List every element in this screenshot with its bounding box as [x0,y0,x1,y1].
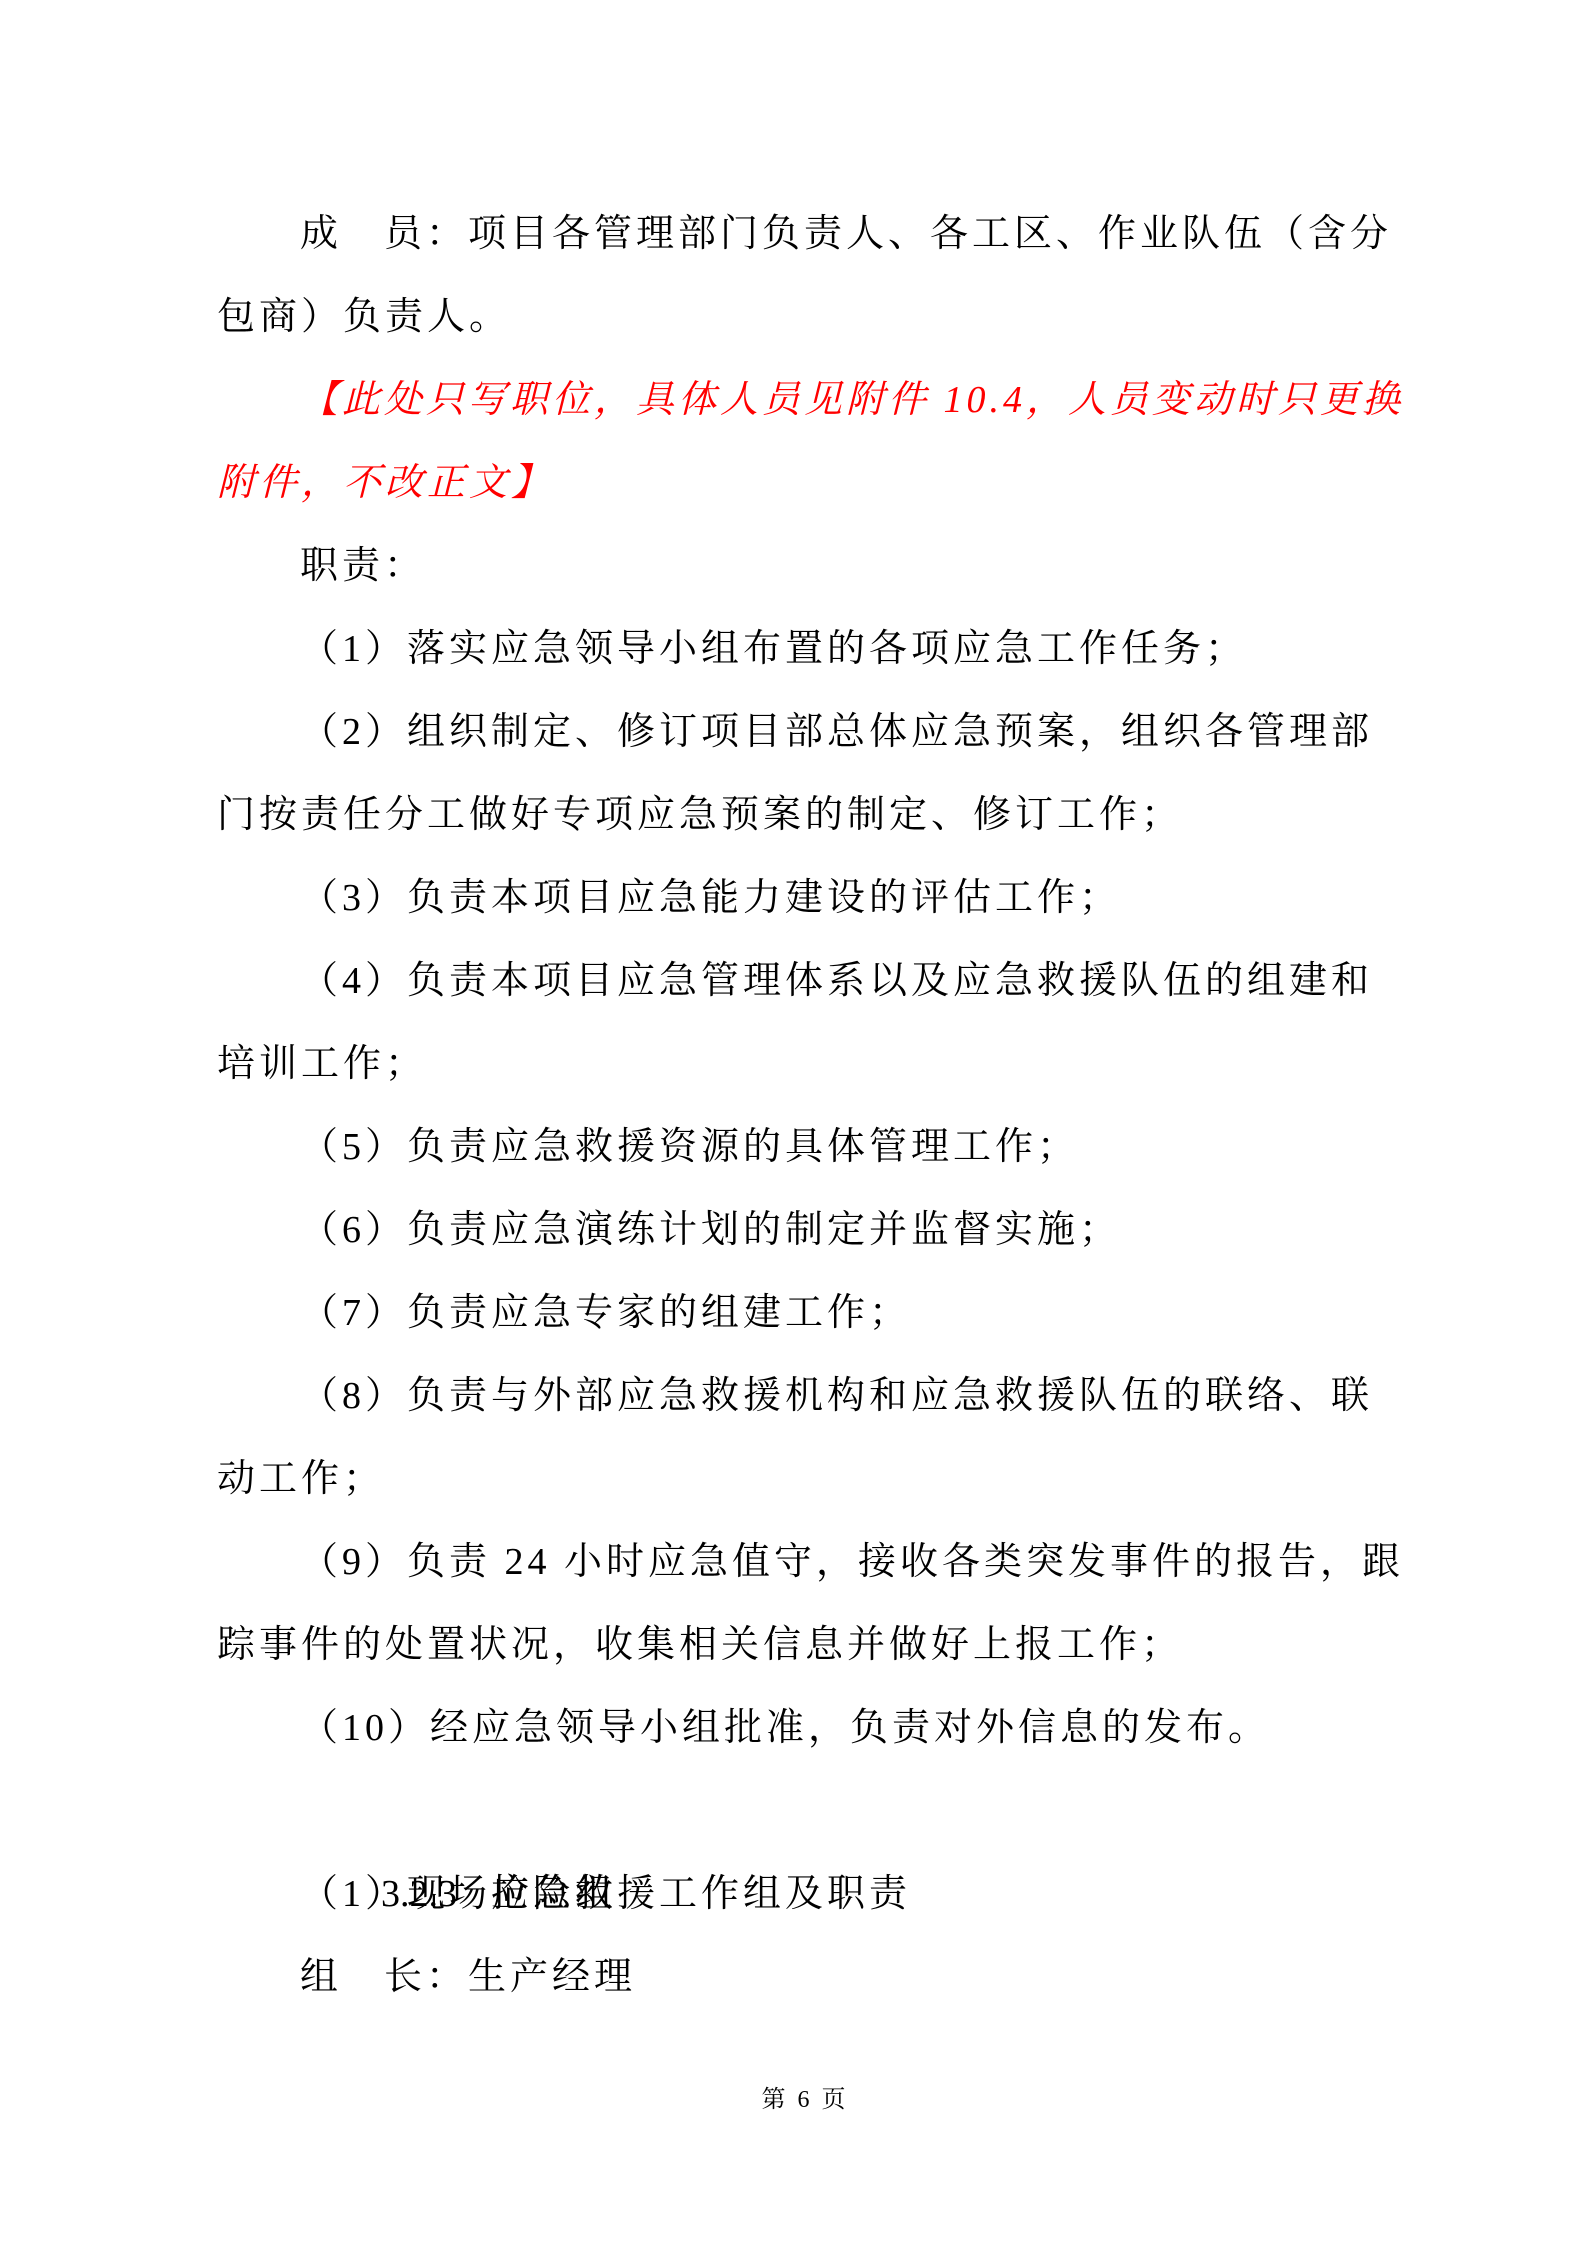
duty-9-line-1: （9）负责 24 小时应急值守，接收各类突发事件的报告，跟 [217,1521,1397,1604]
duty-2-line-1: （2）组织制定、修订项目部总体应急预案，组织各管理部 [217,691,1397,774]
duty-8-line-1: （8）负责与外部应急救援机构和应急救援队伍的联络、联 [217,1355,1397,1438]
members-line-2: 包商）负责人。 [217,276,1397,359]
editor-note-line-2: 附件，不改正文】 [217,442,1397,525]
duty-6: （6）负责应急演练计划的制定并监督实施； [217,1189,1397,1272]
document-body: 成 员：项目各管理部门负责人、各工区、作业队伍（含分 包商）负责人。 【此处只写… [217,193,1397,2019]
group-leader: 组 长：生产经理 [217,1936,1397,2019]
document-page: 成 员：项目各管理部门负责人、各工区、作业队伍（含分 包商）负责人。 【此处只写… [0,0,1587,2245]
page-number: 第 6 页 [0,2084,1587,2116]
members-line-1: 成 员：项目各管理部门负责人、各工区、作业队伍（含分 [217,193,1397,276]
duty-5: （5）负责应急救援资源的具体管理工作； [217,1106,1397,1189]
duty-8-line-2: 动工作； [217,1438,1397,1521]
duty-3: （3）负责本项目应急能力建设的评估工作； [217,857,1397,940]
editor-note-line-1: 【此处只写职位，具体人员见附件 10.4，人员变动时只更换 [217,359,1397,442]
section-heading: 3.2.3应急救援工作组及职责 [217,1770,1397,1853]
duty-4-line-2: 培训工作； [217,1023,1397,1106]
duty-10: （10）经应急领导小组批准，负责对外信息的发布。 [217,1687,1397,1770]
duty-7: （7）负责应急专家的组建工作； [217,1272,1397,1355]
duty-4-line-1: （4）负责本项目应急管理体系以及应急救援队伍的组建和 [217,940,1397,1023]
duties-label: 职责： [217,525,1397,608]
duty-2-line-2: 门按责任分工做好专项应急预案的制定、修订工作； [217,774,1397,857]
duty-9-line-2: 踪事件的处置状况，收集相关信息并做好上报工作； [217,1604,1397,1687]
duty-1: （1）落实应急领导小组布置的各项应急工作任务； [217,608,1397,691]
